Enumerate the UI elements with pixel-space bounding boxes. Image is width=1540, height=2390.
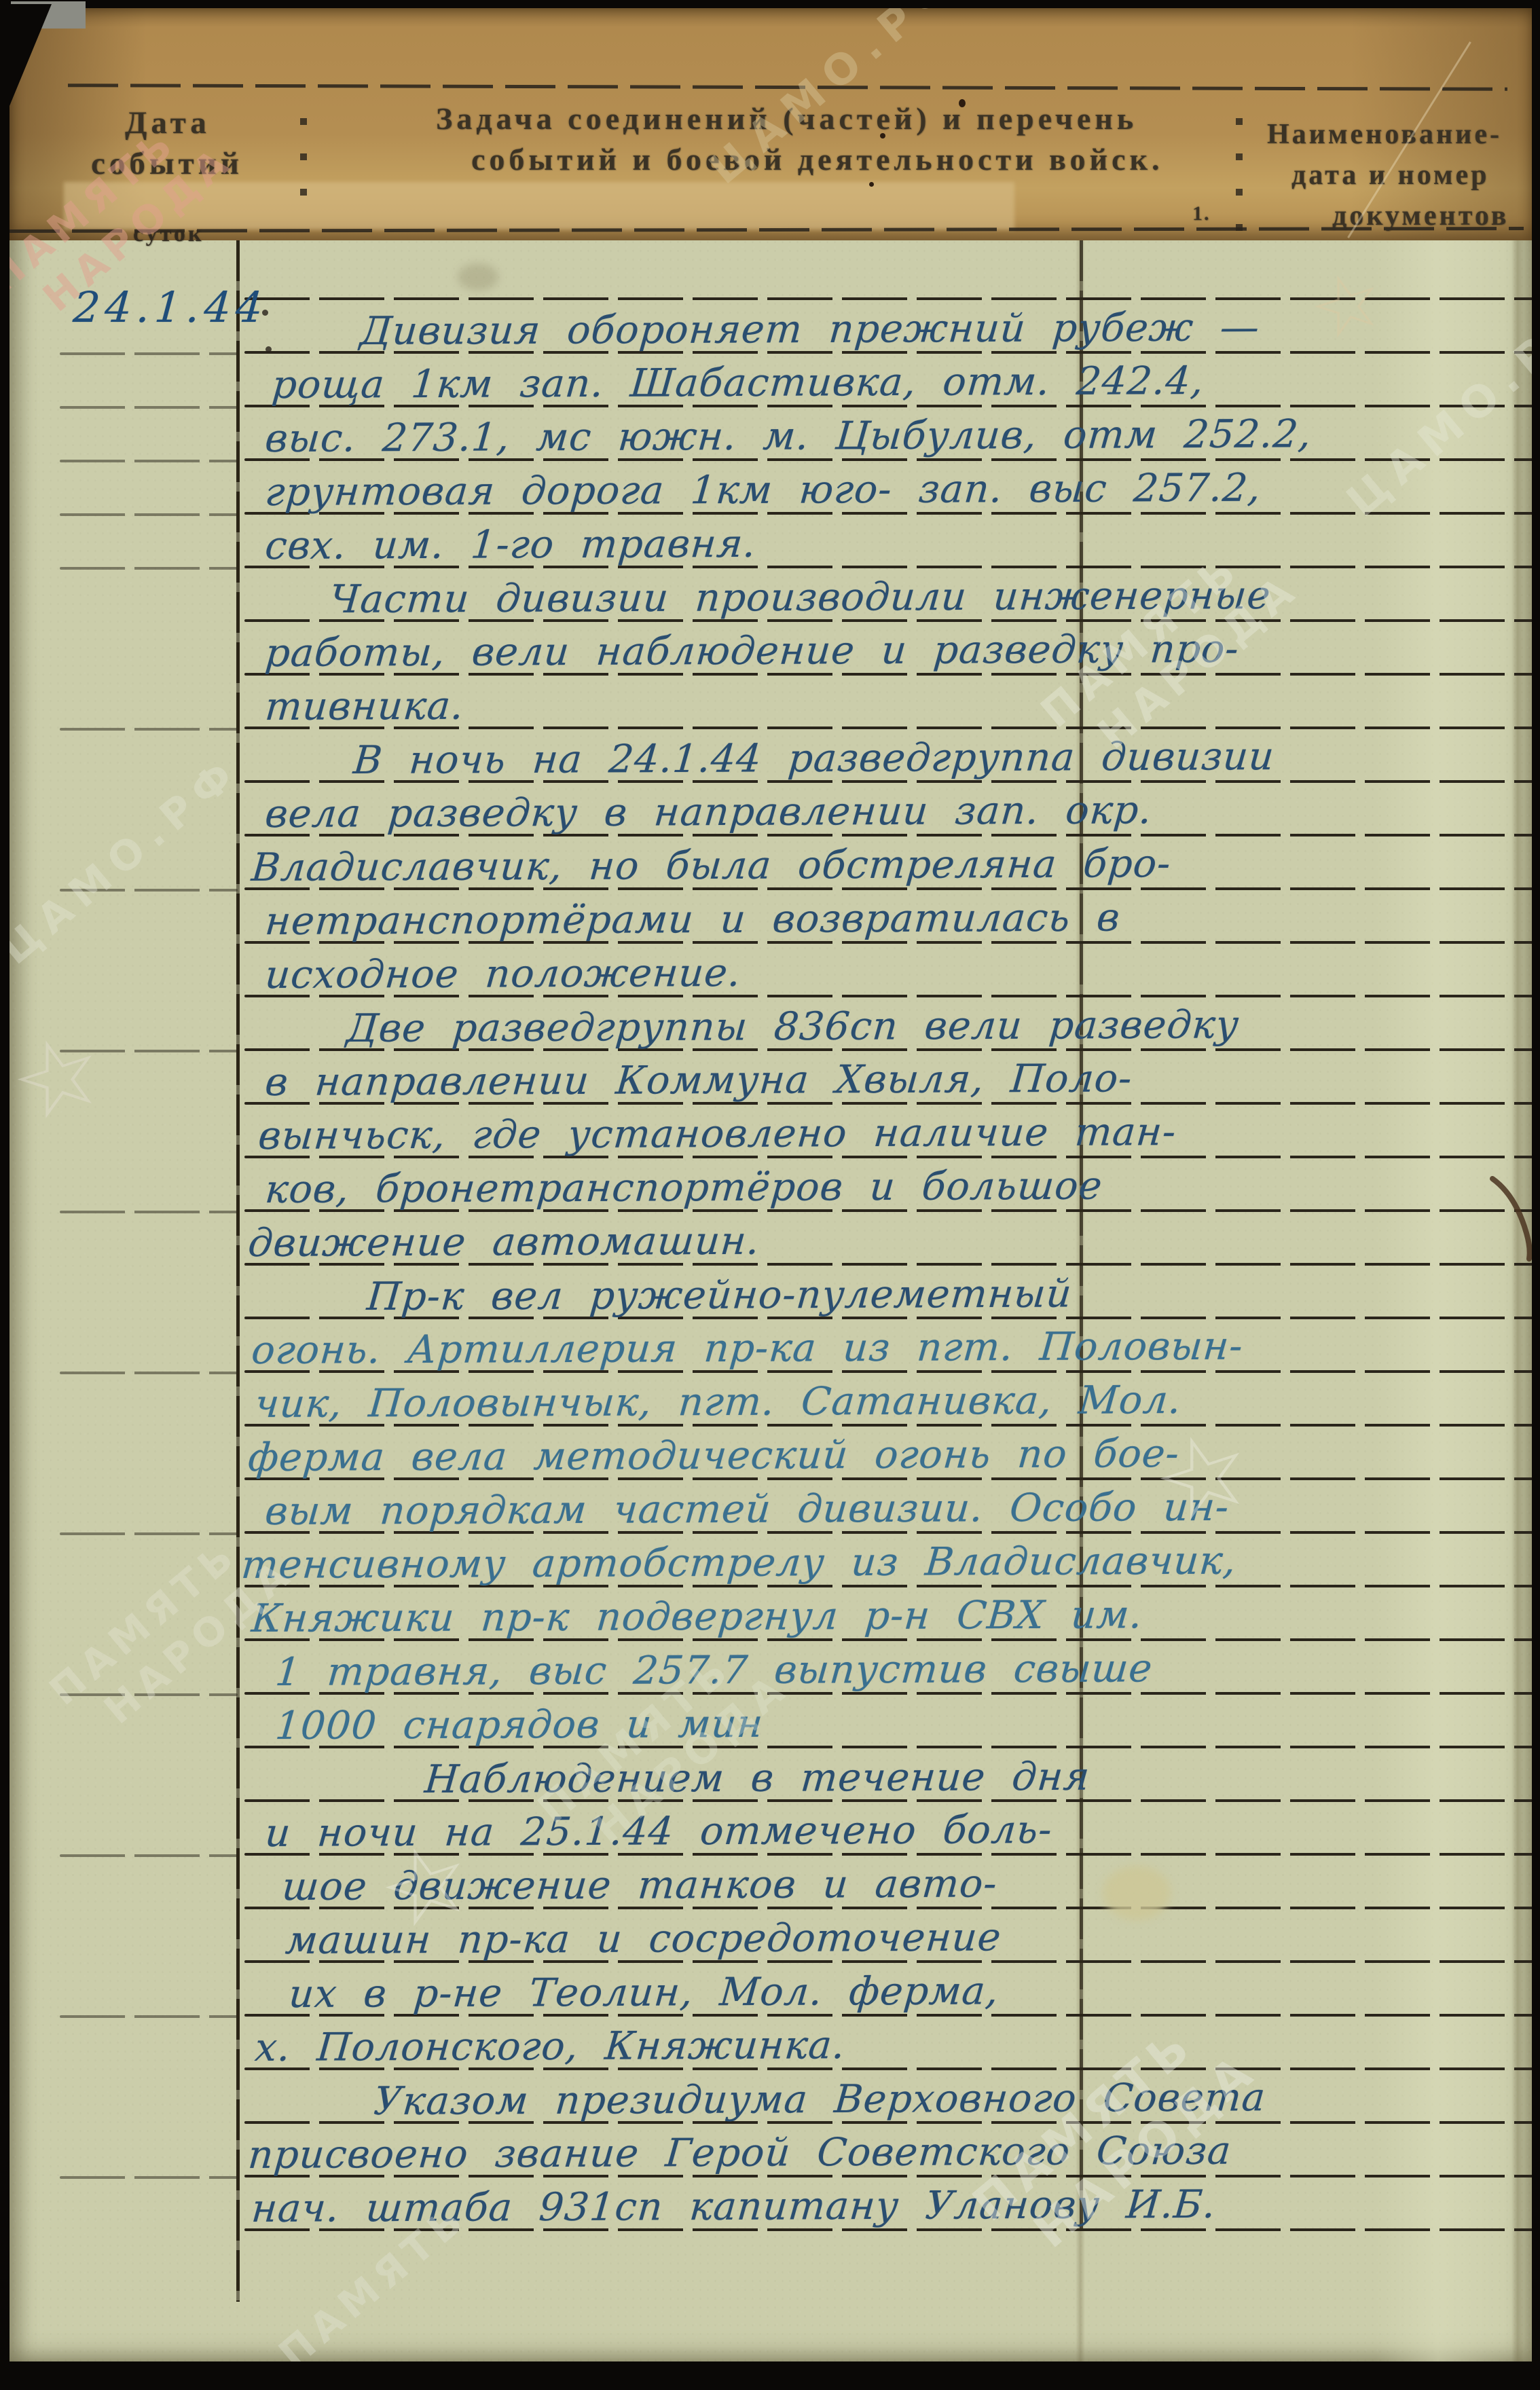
handwritten-line: чик, Половынчык, пгт. Сатанивка, Мол. [253, 1364, 1184, 1427]
header-col-task: событий и боевой деятельности войск. [471, 141, 1163, 177]
handwritten-line: х. Полонского, Княжинка. [253, 2009, 848, 2070]
margin-line [236, 240, 240, 2302]
paper-speck [880, 133, 885, 139]
page-mark: 1. [1192, 202, 1211, 225]
ruled-line [60, 1854, 238, 1857]
torn-corner [10, 4, 52, 106]
archival-scan: 24.1.44 Дивизия обороняет прежний рубеж … [0, 0, 1540, 2390]
handwritten-line: Две разведгруппы 836сп вели разведку [345, 989, 1242, 1051]
paper-speck [869, 182, 874, 187]
header-col-docs: Наименование- [1267, 118, 1502, 151]
handwritten-line: присвоено звание Герой Советского Союза [246, 2115, 1234, 2177]
handwritten-line: тивника. [263, 670, 467, 729]
handwritten-line: движение автомашин. [246, 1205, 763, 1266]
handwritten-line: исходное положение. [263, 937, 744, 997]
header-col-docs: дата и номер [1291, 159, 1490, 191]
paper-crease [1511, 202, 1524, 2366]
scan-edge [0, 0, 10, 2390]
paper-tone [1376, 202, 1532, 2366]
ruled-line [60, 889, 238, 891]
handwritten-line: Владиславчик, но была обстреляна бро- [250, 828, 1174, 890]
header-col-task: Задача соединений (частей) и перечень [436, 100, 1137, 136]
handwritten-line: Пр-к вел ружейно-пулеметный [365, 1257, 1075, 1319]
ruled-line [60, 2015, 238, 2018]
ruled-line [60, 1693, 238, 1696]
handwritten-line: нач. штаба 931сп капитану Уланову И.Б. [250, 2169, 1219, 2231]
handwritten-line: работы, вели наблюдение и разведку про- [263, 613, 1242, 676]
paper-stain [458, 263, 498, 291]
handwritten-line: огонь. Артиллерия пр-ка из пгт. Половын- [250, 1310, 1246, 1373]
handwritten-line: вынчьск, где установлено наличие тан- [257, 1096, 1179, 1158]
column-separator-dots [300, 118, 307, 200]
ruled-line [60, 460, 238, 462]
handwritten-line: грунтовая дорога 1км юго- зап. выс 257.2… [263, 452, 1264, 515]
ruled-line [60, 1372, 238, 1374]
column-separator-dots [1236, 118, 1243, 254]
header-sub-label: суток [133, 221, 204, 247]
handwritten-line: Указом президиума Верховного Совета [372, 2061, 1268, 2124]
ruled-line [60, 352, 238, 355]
handwritten-line: и ночи на 25.1.44 отмечено боль- [263, 1794, 1055, 1856]
handwritten-line: их в р-не Теолин, Мол. ферма, [287, 1955, 1002, 2017]
ruled-line [60, 567, 238, 570]
header-strip: Дата событий Задача соединений (частей) … [10, 4, 1533, 240]
ink-dot [265, 346, 272, 352]
handwritten-line: свх. им. 1-го травня. [263, 508, 759, 568]
ruled-line [60, 406, 238, 409]
header-col-date: событий [91, 145, 243, 182]
scan-edge [0, 2361, 1540, 2390]
ink-smudge [1488, 1175, 1536, 1263]
ruled-line [60, 1211, 238, 1213]
handwritten-line: в направлении Коммуна Хвыля, Поло- [263, 1042, 1135, 1105]
paper-speck [959, 99, 966, 107]
header-col-docs: документов [1332, 200, 1509, 232]
handwritten-line: 1000 снарядов и мин [274, 1688, 766, 1748]
header-col-date: Дата [125, 105, 210, 141]
handwritten-line: шое движение танков и авто- [280, 1847, 1000, 1909]
ruled-line [60, 728, 238, 731]
handwritten-line: В ночь на 24.1.44 разведгруппа дивизии [352, 720, 1277, 783]
column-divider-line [1080, 240, 1083, 2230]
handwritten-line: Части дивизии производили инженерные [328, 559, 1274, 622]
entry-date: 24.1.44 [71, 282, 269, 332]
handwritten-line: 1 травня, выс 257.7 выпустив свыше [274, 1632, 1156, 1695]
handwritten-line: вым порядкам частей дивизии. Особо ин- [263, 1471, 1232, 1534]
scan-edge [0, 0, 1540, 8]
handwritten-line: ферма вела методический огонь по бое- [246, 1418, 1182, 1480]
handwritten-line: машин пр-ка и сосредоточение [284, 1901, 1004, 1963]
handwritten-line: Наблюдением в течение дня [423, 1741, 1093, 1802]
handwritten-line: выс. 273.1, мс южн. м. Цыбулив, отм 252.… [263, 398, 1315, 461]
handwritten-line: нетранспортёрами и возвратилась в [263, 882, 1123, 944]
ruled-line [60, 1532, 238, 1535]
handwritten-line: вела разведку в направлении зап. окр. [263, 774, 1155, 836]
paper-stain [1103, 1866, 1171, 1920]
strip-light-band [64, 182, 1014, 229]
handwritten-line: роща 1км зап. Шабастивка, отм. 242.4, [270, 345, 1207, 407]
handwritten-line: Княжики пр-к подвергнул р-н СВХ им. [250, 1579, 1145, 1641]
ruled-line [60, 2176, 238, 2179]
ruled-line [60, 1050, 238, 1052]
ruled-line [60, 513, 238, 516]
handwritten-line: ков, бронетранспортёров и большое [263, 1150, 1105, 1212]
scan-edge [1532, 0, 1540, 2390]
handwritten-line: Дивизия обороняет прежний рубеж — [359, 291, 1262, 354]
handwritten-line: тенсивному артобстрелу из Владиславчик, [240, 1525, 1239, 1587]
journal-page: 24.1.44 Дивизия обороняет прежний рубеж … [10, 202, 1532, 2366]
